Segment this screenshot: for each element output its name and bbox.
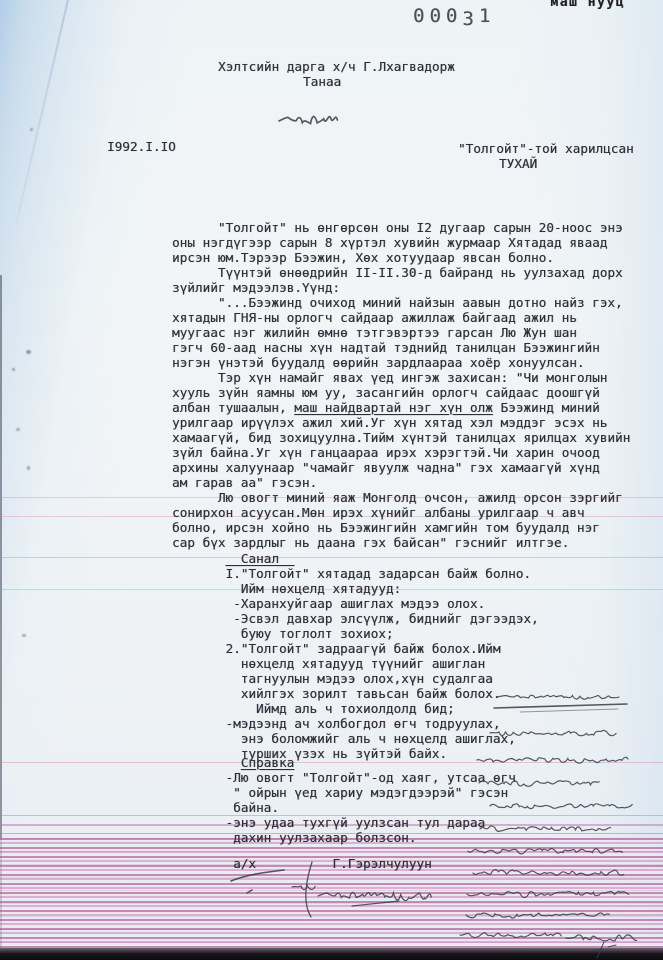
text-line: зүйл байна.Уг хүн ганцаараа ирэх хэрэгтэ… xyxy=(172,445,630,460)
ink-smudge xyxy=(30,128,33,131)
text-line: архины халуунаар "чамайг явуулж чадна" г… xyxy=(172,460,630,475)
text-line: урилгаар ирүүлэх ажил хий.Уг хүн хятад х… xyxy=(172,415,630,430)
text-line: Справка xyxy=(172,755,516,770)
text-line: Түүнтэй өнөөдрийн II-II.30-д байранд нь … xyxy=(172,265,630,280)
text-line: энэ боломжийг аль ч нөхцелд ашиглах, xyxy=(172,731,539,746)
ink-smudge xyxy=(22,634,26,637)
body-main-text: "Толгойт" нь өнгөрсөн оны I2 дугаар сары… xyxy=(172,220,630,550)
stamp-digit: 1 xyxy=(479,5,495,27)
text-line: Лю овогт миний яаж Монголд очсон, ажилд … xyxy=(172,490,630,505)
document-date: I992.I.IO xyxy=(107,139,176,154)
body-reference-section: Справка -Лю овогт "Толгойт"-од хаяг, утс… xyxy=(172,755,516,845)
document-page: маш нууц 00031 Хэлтсийн дарга х/ч Г.Лхаг… xyxy=(0,0,663,960)
text-line: байна. xyxy=(172,800,516,815)
text-line: хууль зүйн яамны юм уу, засангийн орлогч… xyxy=(172,385,630,400)
paper-crease xyxy=(15,0,71,225)
text-line: тагнуулын мэдээ олох,хүн судалгаа xyxy=(172,671,539,686)
text-line: болно, ирсэн хойно нь Бээжингийн хамгийн… xyxy=(172,520,630,535)
classification-label: маш нууц xyxy=(550,0,625,10)
text-line: буюу тоглолт зохиох; xyxy=(172,626,539,641)
text-segment: Бээжинд миний xyxy=(493,400,600,415)
text-segment xyxy=(172,755,241,770)
subject-line: "Толгойт"-той харилцсан xyxy=(458,141,634,156)
ink-smudge xyxy=(12,368,15,371)
stamp-digit: 0 xyxy=(429,5,445,27)
text-line: "Толгойт" нь өнгөрсөн оны I2 дугаар сары… xyxy=(172,220,630,235)
text-line: -энэ удаа тухгүй уулзсан тул дараа xyxy=(172,815,516,830)
text-line: гэгч 60-аад насны хүн надтай тэднийд тан… xyxy=(172,340,630,355)
ink-smudge xyxy=(26,350,31,354)
text-line: нөхцелд хятадууд түүнийг ашиглан xyxy=(172,656,539,671)
text-line: сар бүх зардлыг нь даана гэх байсан" гэс… xyxy=(172,535,630,550)
text-line: -Харанхуйгаар ашиглах мэдээ олох. xyxy=(172,596,539,611)
text-line: нэгэн үнэтэй буудалд өөрийн зардлаараа х… xyxy=(172,355,630,370)
document-number-stamp: 00031 xyxy=(413,5,495,27)
text-line: оны нэгдүгээр сарын 8 хүртэл хувийн журм… xyxy=(172,235,630,250)
text-line: хийлгэх зорилт тавьсан байж болох. xyxy=(172,686,539,701)
text-segment: албан тушаалын, xyxy=(172,400,294,415)
stamp-digit: 0 xyxy=(446,5,462,27)
underlined-text: Справка xyxy=(241,755,294,770)
resolution-mark-handwriting xyxy=(279,117,337,124)
text-line: -Лю овогт "Толгойт"-од хаяг, утсаа өгч xyxy=(172,770,516,785)
text-line: хятадын ГНЯ-ны орлогч сайдаар ажиллаж ба… xyxy=(172,310,630,325)
text-line: -Эсвэл давхар элсүүлж, биднийг дэгээдэх, xyxy=(172,611,539,626)
subject-line: ТУХАЙ xyxy=(499,156,537,171)
text-line: I."Толгойт" хятадад задарсан байж болно. xyxy=(172,566,539,581)
ink-smudge xyxy=(27,466,30,470)
ink-smudge xyxy=(16,428,20,431)
text-line: " ойрын үед хариу мэдэгдээрэй" гэсэн xyxy=(172,785,516,800)
text-line: Ийм нөхцелд хятадууд: xyxy=(172,581,539,596)
underlined-text: __Санал__ xyxy=(225,551,294,566)
underlined-text: маш найдвартай нэг хүн олж xyxy=(294,400,493,415)
scan-stripe-band xyxy=(0,838,663,948)
text-line: -мэдээнд ач холбогдол өгч тодруулах, xyxy=(172,716,539,731)
text-segment xyxy=(172,551,225,566)
stamp-digit: 0 xyxy=(413,5,429,27)
addressee-line: Хэлтсийн дарга х/ч Г.Лхагвадорж xyxy=(218,59,455,74)
text-line: Иймд аль ч тохиолдолд бид; xyxy=(172,701,539,716)
signature-line: а/х Г.Гэрэлчулуун xyxy=(172,856,432,871)
handwriting-stroke xyxy=(279,117,337,124)
text-line: ам гарав аа" гэсэн. xyxy=(172,475,630,490)
text-line: сонирхон асуусан.Мөн ирэх хүнийг албаны … xyxy=(172,505,630,520)
text-line: ирсэн юм.Тэрээр Бээжин, Хөх хотуудаар яв… xyxy=(172,250,630,265)
text-line: __Санал__ xyxy=(172,551,539,566)
text-line: 2."Толгойт" задраагүй байж болох.Ийм xyxy=(172,641,539,656)
scan-bottom-band xyxy=(0,948,663,960)
text-line: "...Бээжинд очиход миний найзын аавын до… xyxy=(172,295,630,310)
stamp-digit: 3 xyxy=(462,8,478,30)
text-line: албан тушаалын, маш найдвартай нэг хүн о… xyxy=(172,400,630,415)
text-line: зүйлийг мэдээлэв.Үүнд: xyxy=(172,280,630,295)
body-proposal-section: __Санал__ I."Толгойт" хятадад задарсан б… xyxy=(172,551,539,761)
text-line: муугаас нэг жилийн өмнө тэтгэвэртээ гарс… xyxy=(172,325,630,340)
addressee-line: Танаа xyxy=(303,74,341,89)
text-line: хамаагүй, бид зохицуулна.Тийм хүнтэй тан… xyxy=(172,430,630,445)
text-line: Тэр хүн намайг явах үед ингэж захисан: "… xyxy=(172,370,630,385)
text-line: дахин уулзахаар болзсон. xyxy=(172,830,516,845)
